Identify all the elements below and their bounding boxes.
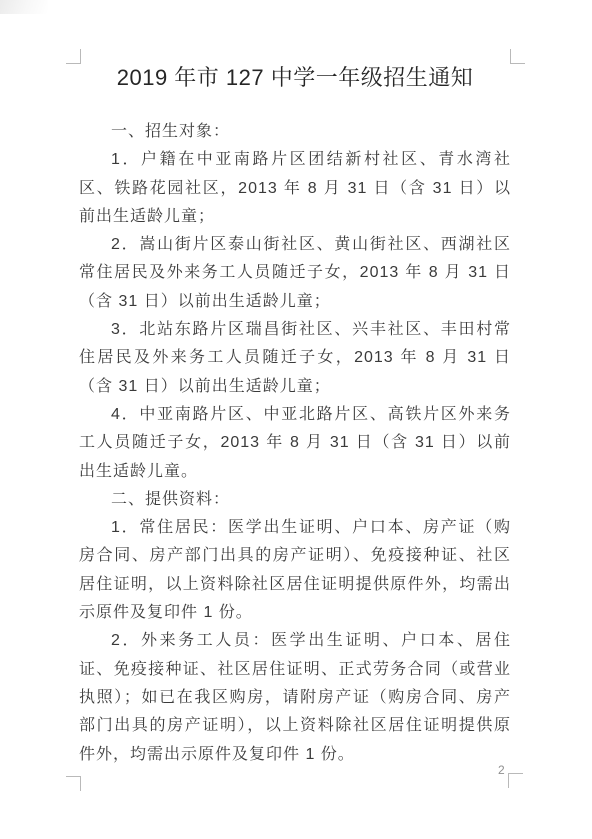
document-content: 2019 年市 127 中学一年级招生通知 一、招生对象： 1．户籍在中亚南路片…	[79, 62, 511, 769]
section-heading-required-documents: 二、提供资料：	[79, 486, 511, 514]
crop-mark-bottom-left	[66, 776, 81, 791]
document-title: 2019 年市 127 中学一年级招生通知	[79, 62, 511, 94]
crop-mark-top-right	[510, 49, 525, 64]
section-heading-enrollment-targets: 一、招生对象：	[79, 118, 511, 146]
notice-paragraph: 3．北站东路片区瑞昌街社区、兴丰社区、丰田村常住居民及外来务工人员随迁子女，20…	[79, 316, 511, 401]
scan-artifact-shade	[0, 0, 48, 14]
notice-paragraph: 1．户籍在中亚南路片区团结新村社区、青水湾社区、铁路花园社区，2013 年 8 …	[79, 146, 511, 231]
document-page: 2 2019 年市 127 中学一年级招生通知 一、招生对象： 1．户籍在中亚南…	[0, 0, 592, 839]
notice-paragraph: 2．外来务工人员：医学出生证明、户口本、居住证、免疫接种证、社区居住证明、正式劳…	[79, 627, 511, 768]
notice-paragraph: 2．嵩山街片区泰山街社区、黄山街社区、西湖社区常住居民及外来务工人员随迁子女，2…	[79, 231, 511, 316]
notice-paragraph: 4．中亚南路片区、中亚北路片区、高铁片区外来务工人员随迁子女，2013 年 8 …	[79, 401, 511, 486]
crop-mark-bottom-right	[508, 773, 523, 788]
notice-paragraph: 1．常住居民：医学出生证明、户口本、房产证（购房合同、房产部门出具的房产证明）、…	[79, 514, 511, 627]
